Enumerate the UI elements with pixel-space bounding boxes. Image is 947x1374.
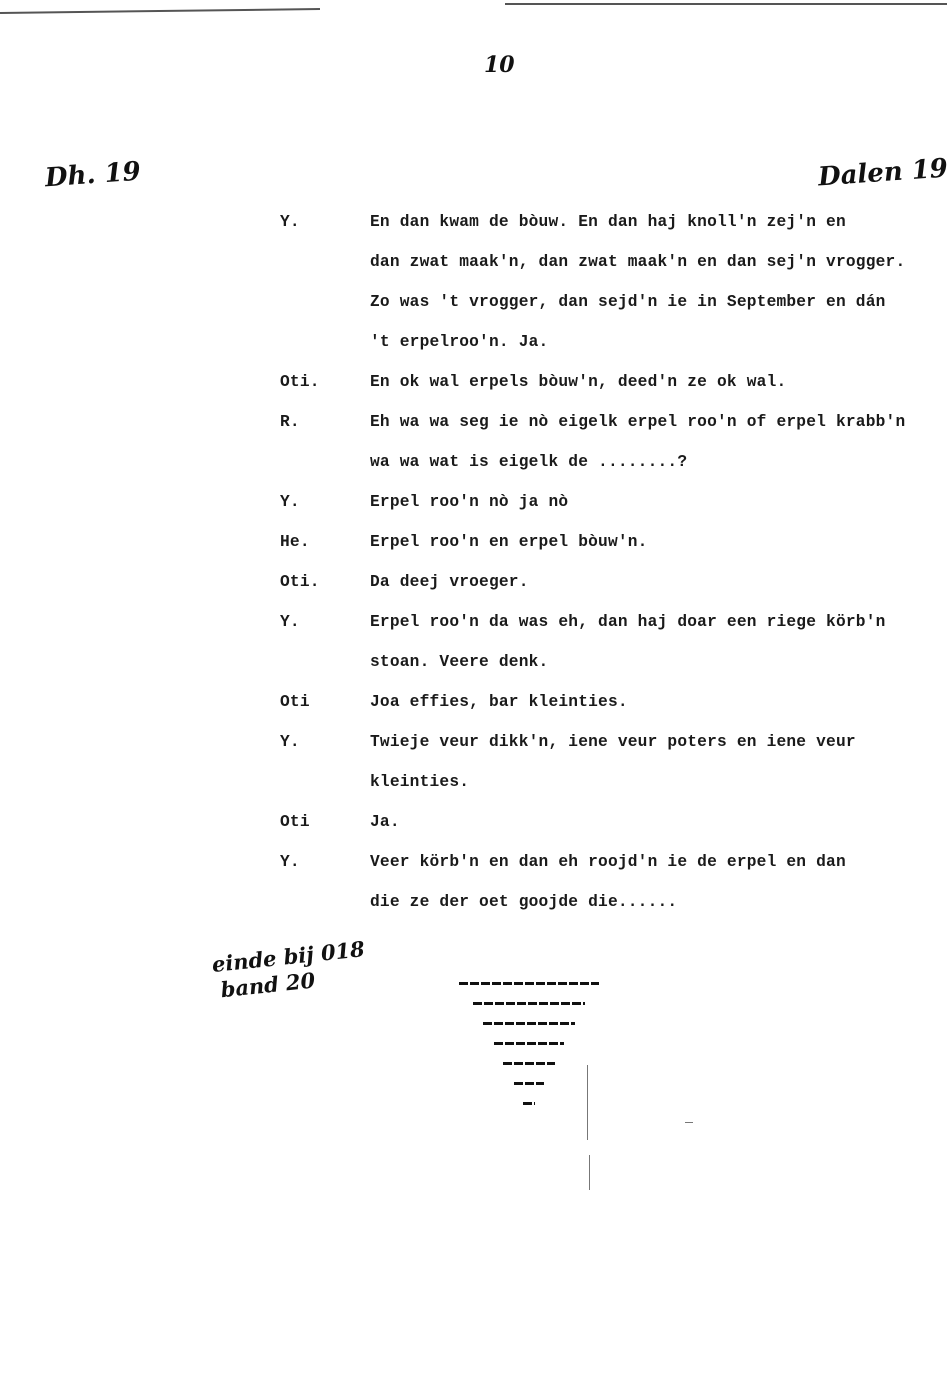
speaker-label: Oti. [280, 373, 320, 395]
speaker-label: Y. [280, 733, 300, 755]
utterance-line: die ze der oet goojde die...... [370, 893, 677, 915]
utterance-line: En dan kwam de bòuw. En dan haj knoll'n … [370, 213, 846, 235]
utterance-line: Joa effies, bar kleinties. [370, 693, 628, 715]
utterance-line: Erpel roo'n nò ja nò [370, 493, 568, 515]
speaker-label: Y. [280, 493, 300, 515]
dash-row [483, 1022, 575, 1025]
archive-mark-left: Dh. 19 [44, 157, 142, 194]
dash-row [514, 1082, 544, 1085]
utterance-line: wa wa wat is eigelk de ........? [370, 453, 687, 475]
utterance-line: Veer körb'n en dan eh roojd'n ie de erpe… [370, 853, 846, 875]
dash-row [523, 1102, 535, 1105]
dash-row [473, 1002, 585, 1005]
utterance-line: Zo was 't vrogger, dan sejd'n ie in Sept… [370, 293, 886, 315]
utterance-line: Da deej vroeger. [370, 573, 529, 595]
scan-edge-right [505, 3, 947, 5]
utterance-line: Erpel roo'n en erpel bòuw'n. [370, 533, 648, 555]
utterance-line: En ok wal erpels bòuw'n, deed'n ze ok wa… [370, 373, 786, 395]
speaker-label: Y. [280, 853, 300, 875]
speaker-label: Oti. [280, 573, 320, 595]
utterance-line: Twieje veur dikk'n, iene veur poters en … [370, 733, 856, 755]
speaker-label: R. [280, 413, 300, 435]
utterance-line: Erpel roo'n da was eh, dan haj doar een … [370, 613, 886, 635]
speaker-label: Y. [280, 213, 300, 235]
speaker-label: He. [280, 533, 310, 555]
scan-speck [589, 1155, 590, 1190]
utterance-line: 't erpelroo'n. Ja. [370, 333, 548, 355]
dash-row [459, 982, 599, 985]
utterance-line: Ja. [370, 813, 400, 835]
speaker-label: Y. [280, 613, 300, 635]
scan-speck [685, 1122, 693, 1123]
speaker-label: Oti [280, 693, 310, 715]
utterance-line: kleinties. [370, 773, 469, 795]
speaker-label: Oti [280, 813, 310, 835]
archive-mark-right: Dalen 19 [817, 154, 947, 193]
dash-row [494, 1042, 564, 1045]
handwritten-note: einde bij 018 band 20 [211, 936, 369, 1004]
scan-speck [587, 1065, 588, 1140]
utterance-line: dan zwat maak'n, dan zwat maak'n en dan … [370, 253, 905, 275]
scan-edge-left [0, 8, 320, 14]
page-number: 10 [484, 52, 515, 78]
utterance-line: stoan. Veere denk. [370, 653, 548, 675]
dash-row [503, 1062, 555, 1065]
utterance-line: Eh wa wa seg ie nò eigelk erpel roo'n of… [370, 413, 905, 435]
